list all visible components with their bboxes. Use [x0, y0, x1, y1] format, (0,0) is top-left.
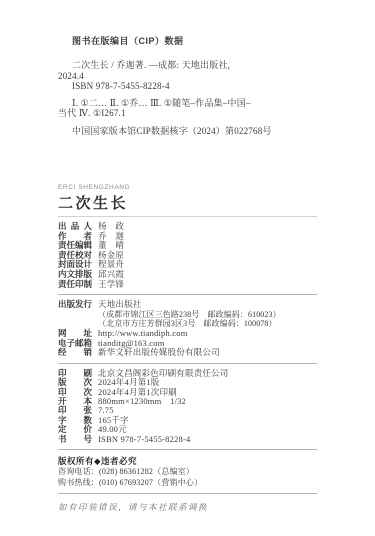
- cip-heading: 图书在版编目（CIP）数据: [58, 36, 317, 47]
- cip-classification-line2: 当代 Ⅳ. ①I267.1: [58, 108, 317, 119]
- credit-value: 杨 政: [98, 222, 317, 232]
- printing-row: 字数 165千字: [58, 416, 317, 425]
- distributor-row: 经销 新华文轩出版传媒股份有限公司: [58, 348, 317, 358]
- cip-record-number: 中国国家版本馆CIP数据核字（2024）第022768号: [58, 126, 317, 137]
- printing-row: 印刷 北京文昌阁彩色印刷有限责任公司: [58, 369, 317, 378]
- credit-row: 责任编辑 董 晴: [58, 241, 317, 251]
- credit-row: 责任印制 王学锋: [58, 280, 317, 290]
- cip-classification-line1: Ⅰ. ①二… Ⅱ. ①乔… Ⅲ. ①随笔–作品集–中国–: [58, 98, 317, 109]
- printing-value: ISBN 978-7-5455-8228-4: [98, 435, 317, 444]
- distributor-name: 新华文轩出版传媒股份有限公司: [98, 348, 317, 358]
- credit-value: 乔 迦: [98, 232, 317, 242]
- title-block: ERCI SHENGZHANG 二次生长: [58, 184, 317, 217]
- copyright-notice: 版权所有◆违者必究: [58, 456, 317, 466]
- book-copyright-page: 图书在版编目（CIP）数据 二次生长 / 乔迦著. —成都: 天地出版社, 20…: [0, 0, 375, 536]
- publishing-block: 出版发行 天地出版社 （成都市锦江区三色路238号 邮政编码：610023） （…: [58, 300, 317, 358]
- credit-row: 封面设计 程景舟: [58, 260, 317, 270]
- order-hotline: 购书热线：(010) 67693207（营销中心）: [58, 478, 317, 488]
- printing-row: 版次 2024年4月第1版: [58, 378, 317, 387]
- printing-row: 书号 ISBN 978-7-5455-8228-4: [58, 435, 317, 444]
- printing-label: 书号: [58, 435, 92, 444]
- publisher-label: 出版发行: [58, 300, 92, 310]
- credit-row: 出品人 杨 政: [58, 222, 317, 232]
- printing-block: 印刷 北京文昌阁彩色印刷有限责任公司 版次 2024年4月第1版 印次 2024…: [58, 369, 317, 444]
- publisher-row: 出版发行 天地出版社: [58, 300, 317, 310]
- inquiry-phone: 咨询电话：(028) 86361282（总编室）: [58, 467, 317, 477]
- credit-value: 程景舟: [98, 260, 317, 270]
- divider: [58, 449, 317, 450]
- printing-row: 印次 2024年4月第1次印刷: [58, 388, 317, 397]
- credit-label: 责任印制: [58, 280, 92, 290]
- divider: [58, 216, 317, 217]
- cip-description-line2: 2024.4: [58, 71, 317, 82]
- distributor-label: 经销: [58, 348, 92, 358]
- printing-value: 7.75: [98, 406, 317, 415]
- credit-value: 杨金原: [98, 251, 317, 261]
- credit-row: 作者 乔 迦: [58, 232, 317, 242]
- printing-row: 开本 880mm×1230mm 1/32: [58, 397, 317, 406]
- printing-value: 165千字: [98, 416, 317, 425]
- book-title: 二次生长: [58, 192, 317, 213]
- credit-row: 责任校对 杨金原: [58, 251, 317, 261]
- title-pinyin: ERCI SHENGZHANG: [58, 184, 317, 191]
- cip-isbn: ISBN 978-7-5455-8228-4: [58, 81, 317, 92]
- publisher-address-chengdu: （成都市锦江区三色路238号 邮政编码：610023）: [98, 310, 317, 320]
- misprint-exchange-note: 如有印装错误，请与本社联系调换: [58, 501, 317, 513]
- divider: [58, 294, 317, 295]
- credit-value: 王学锋: [98, 280, 317, 290]
- copyright-block: 版权所有◆违者必究 咨询电话：(028) 86361282（总编室） 购书热线：…: [58, 456, 317, 488]
- divider: [58, 363, 317, 364]
- publisher-name: 天地出版社: [98, 300, 317, 310]
- credit-value: 董 晴: [98, 241, 317, 251]
- cip-block: 图书在版编目（CIP）数据 二次生长 / 乔迦著. —成都: 天地出版社, 20…: [58, 36, 317, 136]
- credits-block: 出品人 杨 政 作者 乔 迦 责任编辑 董 晴 责任校对 杨金原 封面设计 程景…: [58, 222, 317, 289]
- credit-value: 邱兴霞: [98, 270, 317, 280]
- credit-row: 内文排版 邱兴霞: [58, 270, 317, 280]
- cip-description-line1: 二次生长 / 乔迦著. —成都: 天地出版社,: [58, 60, 317, 71]
- divider: [58, 493, 317, 494]
- page-content: 图书在版编目（CIP）数据 二次生长 / 乔迦著. —成都: 天地出版社, 20…: [0, 0, 375, 513]
- printing-row: 印张 7.75: [58, 406, 317, 415]
- website-row: 网址 http://www.tiandiph.com: [58, 329, 317, 339]
- printing-value: 880mm×1230mm 1/32: [98, 397, 317, 406]
